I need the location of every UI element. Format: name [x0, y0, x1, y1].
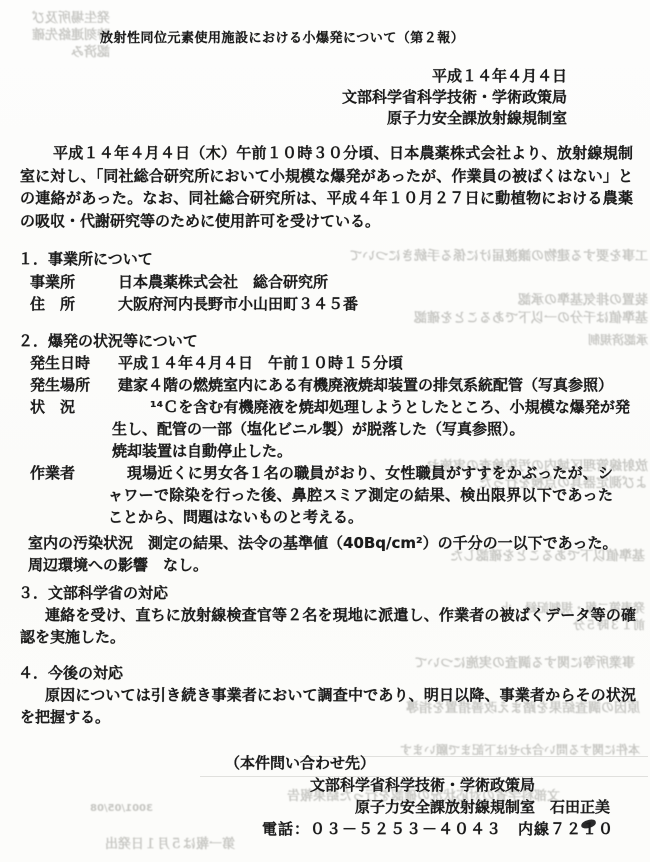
address-value: 大阪府河内長野市小山田町３４５番 [118, 293, 358, 314]
worker-value: 現場近くに男女各１名の職員がおり、女性職員がすすをかぶったが、シャワーで除染を行… [108, 462, 613, 528]
contact-heading: （本件問い合わせ先） [225, 752, 375, 773]
section3-heading: ３．文部科学省の対応 [18, 582, 168, 603]
issuing-bureau: 文部科学省科学技術・学術政策局 [0, 87, 567, 108]
office-value: 日本農薬株式会社 総合研究所 [118, 271, 328, 292]
contact-office-person: 原子力安全課放射線規制室 石田正美 [355, 796, 610, 817]
contact-phone: 電話：０３－５２５３－４０４３ 内線７２１０ [262, 818, 614, 839]
address-label: 住 所 [30, 293, 75, 314]
bleedthrough-text: 第一報は５月１日発出 [60, 836, 235, 853]
environment-impact-line: 周辺環境への影響 なし。 [28, 554, 208, 575]
section1-heading: １．事業所について [18, 248, 153, 269]
bleedthrough-text: 事業所等に関する調査の実施について [335, 655, 635, 672]
bleedthrough-text: 装置の排気基準の承認 [428, 292, 648, 309]
document-header-block: 平成１４年４月４日 文部科学省科学技術・学術政策局 原子力安全課放射線規制室 [0, 66, 567, 129]
section4-heading: ４．今後の対応 [18, 662, 123, 683]
worker-label: 作業者 [30, 462, 75, 483]
room-contamination-line: 室内の汚染状況 測定の結果、法令の基準値（40Bq/cm²）の千分の一以下であっ… [28, 532, 617, 553]
section4-body: 原因については引き続き事業者において調査中であり、明日以降、事業者からその状況を… [20, 684, 636, 728]
status-label: 状 況 [30, 396, 75, 417]
datetime-value: 平成１４年４月４日 午前１０時１５分頃 [118, 352, 403, 373]
intro-paragraph: 平成１４年４月４日（木）午前１０時３０分頃、日本農薬株式会社より、放射線規制室に… [20, 142, 633, 232]
status-value-line2: 焼却装置は自動停止した。 [112, 440, 292, 461]
document-title: 放射性同位元素使用施設における小爆発について（第２報） [100, 27, 464, 46]
datetime-label: 発生日時 [30, 352, 90, 373]
status-value: ¹⁴Ｃを含む有機廃液を焼却処理しようとしたところ、小規模な爆発が発生し、配管の一… [112, 396, 630, 440]
section2-heading: ２．爆発の状況等について [18, 330, 198, 351]
bleedthrough-text: 工事を要する建物の譲渡届けに係る手続きについて [330, 248, 648, 265]
place-value: 建家４階の燃焼室内にある有機廃液焼却装置の排気系統配管（写真参照） [118, 374, 613, 395]
place-label: 発生場所 [30, 374, 90, 395]
bleedthrough-text: 承認済規制 [560, 332, 648, 349]
bleedthrough-text: 発生場所及び時刻連絡先確認済み [22, 10, 110, 61]
scanned-document-page: 発生場所及び時刻連絡先確認済み工事を要する建物の譲渡届けに係る手続きについて装置… [0, 0, 650, 862]
section3-body: 連絡を受け、直ちに放射線検査官等２名を現地に派遣し、作業者の被ばくデータ等の確認… [20, 604, 636, 648]
bleedthrough-text: 3001/05/08 [58, 800, 153, 817]
office-label: 事業所 [30, 271, 75, 292]
document-date: 平成１４年４月４日 [0, 66, 567, 87]
contact-bureau: 文部科学省科学技術・学術政策局 [310, 774, 535, 795]
issuing-office: 原子力安全課放射線規制室 [0, 108, 567, 129]
